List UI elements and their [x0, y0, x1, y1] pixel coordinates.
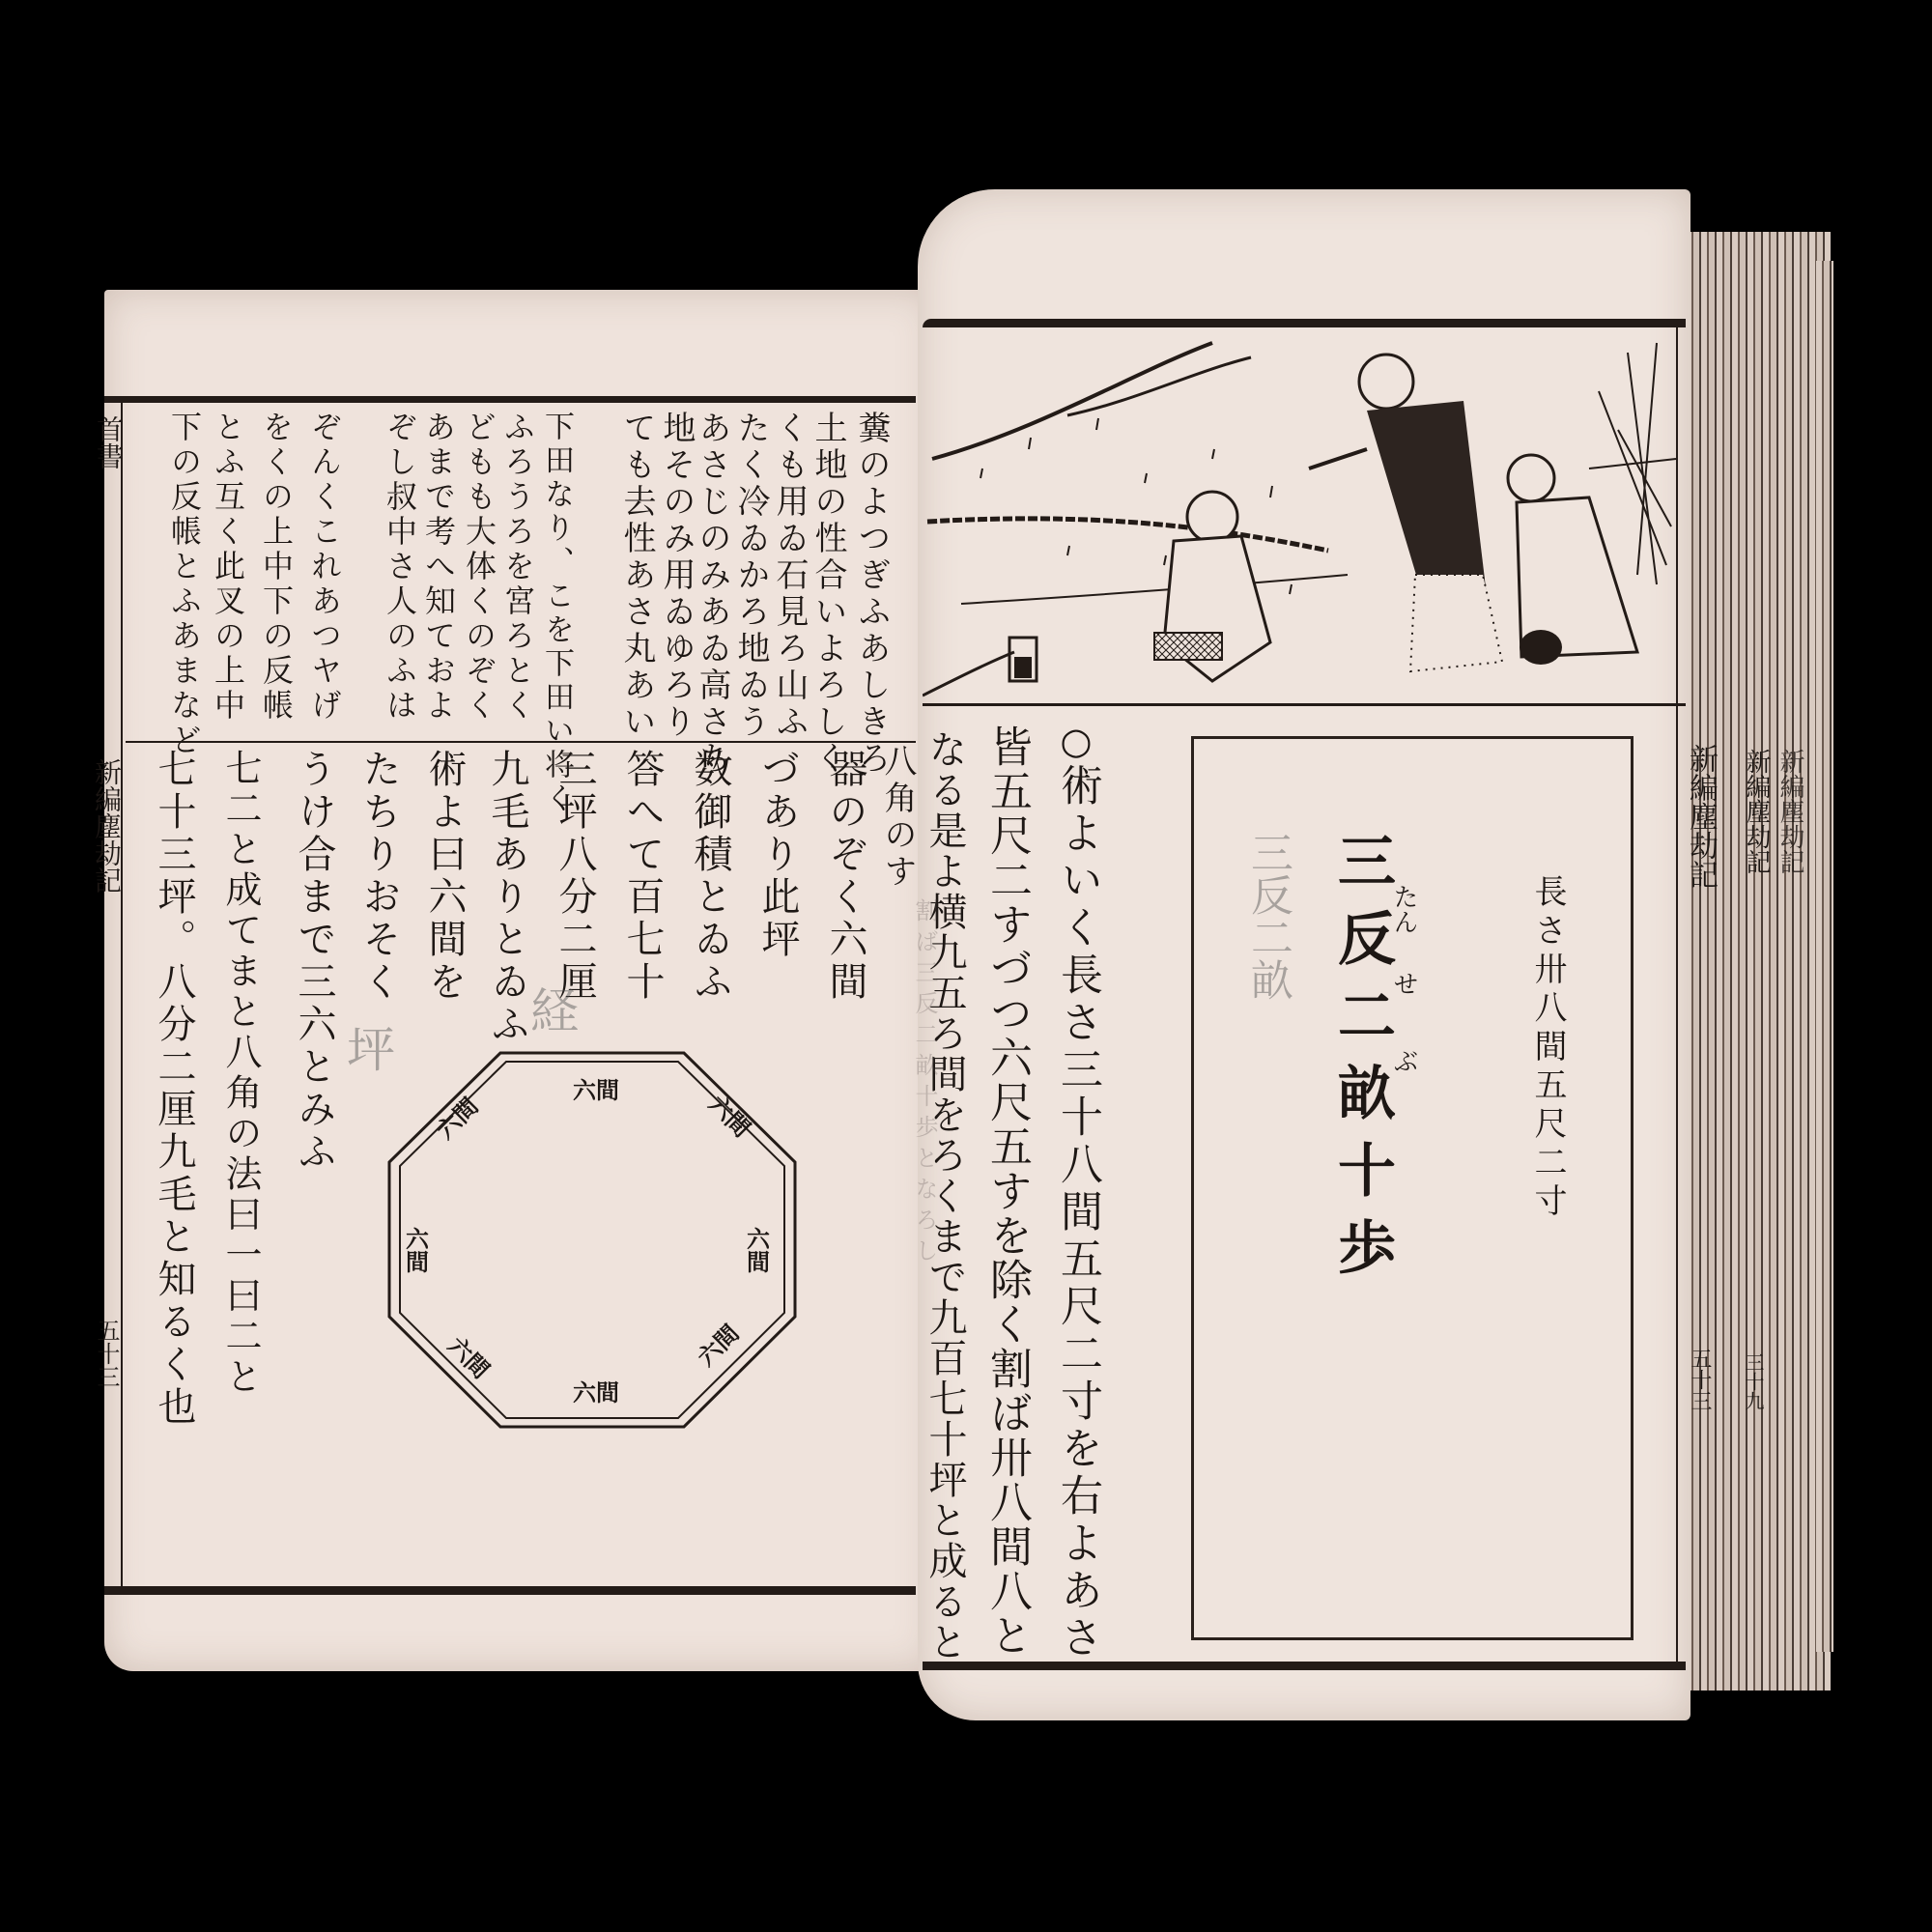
- left-margin-book-title: 新編塵劫記: [93, 758, 120, 894]
- text-column: 術よ曰六間を: [425, 749, 464, 1004]
- text-column: ふろうろを宮ろとく: [502, 411, 533, 724]
- text-column: 七十三坪。八分二厘九毛と知るく也: [155, 749, 193, 1429]
- text-column: 数御積とゐふ: [691, 749, 729, 1004]
- right-margin-book-title: 新編塵劫記: [1686, 744, 1715, 889]
- pencil-annotation: 三反二畝: [1246, 831, 1289, 1001]
- text-column: 三坪八分二厘: [555, 749, 594, 1004]
- ruby-bu: ぶ: [1389, 1048, 1418, 1073]
- ruby-se: せ: [1389, 971, 1418, 996]
- text-column: 糞のよつぎふあしきろ: [855, 411, 888, 778]
- left-bottom-rule: [104, 1586, 916, 1595]
- answer-ruby: せ: [1391, 971, 1416, 996]
- svg-text:六間: 六間: [692, 1319, 744, 1371]
- text-column: 器のぞく六間: [826, 749, 865, 1004]
- ruby-tan: たん: [1389, 884, 1418, 934]
- svg-text:六間: 六間: [431, 1092, 483, 1144]
- answer-ruby: たん: [1391, 884, 1416, 934]
- text-column: 下の反帳とふあまなど: [169, 411, 200, 758]
- text-column: 術よいく長さ三十八間五尺二寸を右よあさ: [1056, 763, 1098, 1662]
- text-column: たく冷ゐかろ地ゐう: [734, 411, 767, 741]
- svg-text:六間: 六間: [703, 1090, 755, 1142]
- answer-ruby: ぶ: [1391, 1048, 1416, 1073]
- text-column: 九毛ありとゐふ: [488, 749, 526, 1046]
- section-marker: ○: [1058, 720, 1094, 762]
- text-column: 七二と成てまと八角の法曰一曰二と: [222, 749, 259, 1398]
- fore-edge-folio: 三十九: [1744, 1352, 1763, 1410]
- text-column: ぞし叔中さ人のふは: [384, 411, 415, 724]
- answer-value: 三反二畝十歩: [1333, 831, 1391, 1294]
- text-column: あまで考へ知ておよ: [423, 411, 454, 724]
- fore-edge-stack: [1686, 232, 1831, 1690]
- fore-edge-stack-inner: [1816, 261, 1833, 1652]
- text-column: うけ合まで三六とみふ: [295, 749, 333, 1174]
- text-column: 土地の性合いよろしく: [811, 411, 844, 778]
- text-column: 皆五尺二すづつ六尺五すを除く割ば卅八間八と: [985, 724, 1028, 1658]
- text-column: くも用ゐ石見ろ山ふ: [773, 411, 806, 741]
- octagon-diagram: 六間 六間 六間 六間 六間 六間 六間 六間: [384, 1048, 800, 1430]
- right-illustration-bottom-rule: [923, 703, 1686, 706]
- fore-edge-title: 新編塵劫記: [1777, 749, 1803, 874]
- pencil-annotation: 経: [526, 985, 575, 1034]
- text-column: ても去性あさ丸あい: [620, 411, 653, 741]
- text-column: あさじのみあゐ高さち: [696, 411, 728, 778]
- answer-side-note: 長さ卅八間五尺二寸: [1531, 874, 1564, 1222]
- text-column: 地そのみ用ゐゆろり: [660, 411, 693, 741]
- left-margin-folio: 五十三: [95, 1319, 118, 1388]
- svg-text:六間: 六間: [743, 1227, 771, 1273]
- left-margin-rule: [121, 401, 123, 1589]
- text-column: づあり此坪: [758, 749, 797, 961]
- right-margin-folio: 五十三: [1689, 1348, 1710, 1411]
- svg-text:六間: 六間: [573, 1378, 619, 1406]
- left-margin-header: 首書: [95, 415, 122, 469]
- text-column: 八角のす: [881, 744, 914, 891]
- text-column: ぞんくこれあつヤげ: [309, 411, 340, 724]
- text-column: をくの上中下の反帳: [261, 411, 292, 724]
- left-top-rule: [104, 396, 916, 403]
- right-bottom-rule: [923, 1662, 1686, 1670]
- text-column: 答へて百七十: [623, 749, 662, 1004]
- svg-text:六間: 六間: [573, 1076, 619, 1104]
- text-column: たちりおそく: [359, 749, 398, 1004]
- fore-edge-title: 新編塵劫記: [1744, 749, 1769, 874]
- left-section-divider: [126, 741, 916, 743]
- faint-show-through-text: 割ば三反二畝十歩となろし: [913, 898, 936, 1269]
- text-column: どもも大体くのぞく: [464, 411, 495, 724]
- text-column: とふ互く此叉の上中: [213, 411, 243, 724]
- svg-text:六間: 六間: [402, 1227, 430, 1273]
- surveying-illustration: Surveyors measuring a field: a standing …: [923, 314, 1681, 700]
